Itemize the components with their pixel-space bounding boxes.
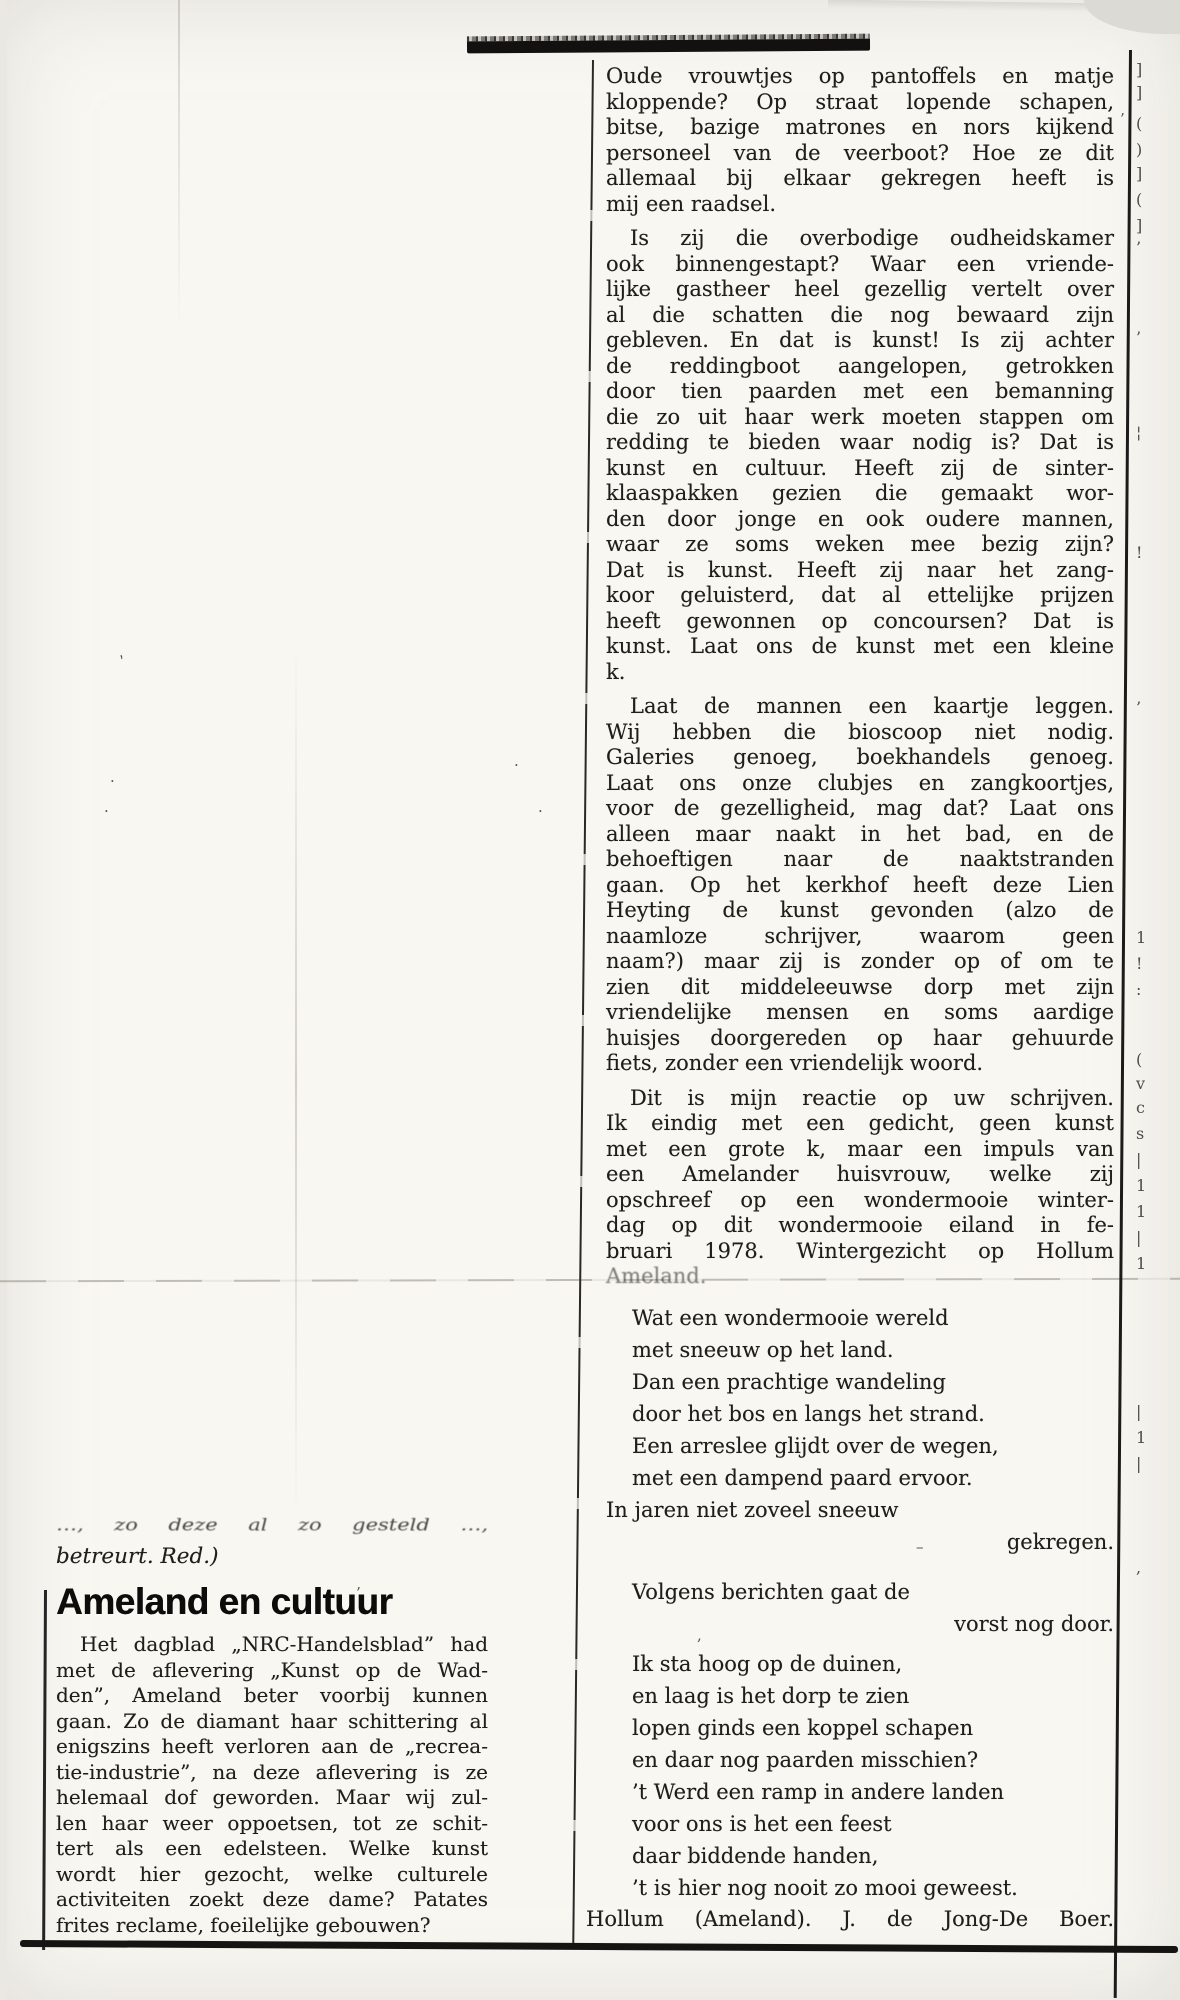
scan-speck: ‚: [112, 646, 125, 660]
text-line: heeft gewonnen op concoursen? Dat is: [606, 609, 1114, 635]
poem-line: Ik sta hoog op de duinen,: [606, 1648, 1114, 1680]
poem-line: voor ons is het een feest: [606, 1808, 1114, 1840]
scan-speck: ·: [110, 774, 115, 788]
scan-speck: .: [538, 800, 543, 814]
text-line: allemaal bij elkaar gekregen heeft is: [606, 166, 1114, 192]
text-line: frites reclame, foeilelijke gebouwen?: [56, 1913, 488, 1939]
scanned-newspaper-clipping: …, zo deze al zo gesteld …, betreurt. Re…: [0, 0, 1180, 2000]
text-line: kunst en cultuur. Heeft zij de sinter-: [606, 456, 1114, 482]
text-line: wordt hier gezocht, welke culturele: [56, 1862, 488, 1888]
cutoff-glyph-fragment: ’: [1136, 330, 1141, 346]
poem: Wat een wondermooie wereld met sneeuw op…: [606, 1302, 1114, 1904]
poem-line: Wat een wondermooie wereld: [606, 1302, 1114, 1334]
text-line: lijke gastheer heel gezellig vertelt ove…: [606, 277, 1114, 303]
text-line: opschreef op een wondermooie winter-: [606, 1188, 1114, 1214]
cutoff-glyph-fragment: ’: [1136, 240, 1141, 256]
text-line: Is zij die overbodige oudheidskamer: [606, 226, 1114, 252]
cutoff-glyph-fragment: 1: [1136, 1430, 1146, 1446]
text-line: redding te bieden waar nodig is? Dat is: [606, 430, 1114, 456]
poem-line: met een dampend paard ervoor.: [606, 1462, 1114, 1494]
cutoff-text-fragment: …, zo deze al zo gesteld …,: [56, 1514, 488, 1535]
text-line: ook binnengestapt? Waar een vriende-: [606, 252, 1114, 278]
poem-line: Volgens berichten gaat de: [606, 1576, 1114, 1608]
cutoff-glyph-fragment: |: [1136, 1230, 1141, 1246]
text-line: Het dagblad „NRC-Handelsblad” had: [56, 1632, 488, 1658]
poem-line: Dan een prachtige wandeling: [606, 1366, 1114, 1398]
text-line: voor de gezelligheid, mag dat? Laat ons: [606, 796, 1114, 822]
text-line: len haar weer oppoetsen, tot ze schit-: [56, 1811, 488, 1837]
scan-speck: ’: [1120, 112, 1125, 126]
text-line: Ik eindig met een gedicht, geen kunst: [606, 1111, 1114, 1137]
text-line: Laat ons onze clubjes en zangkoortjes,: [606, 771, 1114, 797]
poem-line: ’t is hier nog nooit zo mooi geweest.: [606, 1872, 1114, 1904]
cutoff-glyph-fragment: 1: [1136, 1204, 1146, 1220]
cutoff-glyph-fragment: ]: [1136, 166, 1142, 182]
cutoff-glyph-fragment: !: [1136, 956, 1142, 972]
right-edge-rule: [1114, 50, 1132, 1998]
cutoff-glyph-fragment: !: [1136, 545, 1142, 561]
signature-line: Hollum (Ameland). J. de Jong-De Boer.: [586, 1906, 1114, 1932]
cutoff-glyph-fragment: ]: [1136, 62, 1142, 78]
text-line: een Amelander huisvrouw, welke zij: [606, 1162, 1114, 1188]
text-line: Heyting de kunst gevonden (alzo de: [606, 898, 1114, 924]
text-line: Dat is kunst. Heeft zij naar het zang-: [606, 558, 1114, 584]
cutoff-glyph-fragment: ]: [1136, 85, 1142, 101]
text-line: Galeries genoeg, boekhandels genoeg.: [606, 745, 1114, 771]
poem-line: en laag is het dorp te zien: [606, 1680, 1114, 1712]
cutoff-glyph-fragment: :: [1136, 982, 1141, 998]
bottom-border-line: [20, 1940, 1178, 1953]
poem-line: lopen ginds een koppel schapen: [606, 1712, 1114, 1744]
poem-line: gekregen.: [606, 1526, 1114, 1558]
headline: Ameland en cultuur: [56, 1580, 488, 1624]
text-line: Dit is mijn reactie op uw schrijven.: [606, 1086, 1114, 1112]
vertical-fold-crease-middle: [295, 640, 297, 1520]
text-line: Wij hebben die bioscoop niet nodig.: [606, 720, 1114, 746]
cutoff-glyph-fragment: |: [1136, 1404, 1141, 1420]
poem-line: In jaren niet zoveel sneeuw: [606, 1494, 1114, 1526]
cutoff-glyph-fragment: ]: [1136, 218, 1142, 234]
column-top-bar: [467, 34, 870, 54]
cutoff-glyph-fragment: (: [1136, 116, 1142, 132]
vertical-fold-crease-top: [178, 0, 180, 330]
text-line: activiteiten zoekt deze dame? Patates: [56, 1887, 488, 1913]
left-column: …, zo deze al zo gesteld …, betreurt. Re…: [56, 1514, 488, 1947]
text-line: tie-industrie”, na deze aflevering is ze: [56, 1760, 488, 1786]
text-line: mij een raadsel.: [606, 192, 1114, 218]
poem-line: en daar nog paarden misschien?: [606, 1744, 1114, 1776]
text-line: alleen maar naakt in het bad, en de: [606, 822, 1114, 848]
text-line: de reddingboot aangelopen, getrokken: [606, 354, 1114, 380]
text-line: waar ze soms weken mee bezig zijn?: [606, 532, 1114, 558]
column-divider-rule: [572, 60, 594, 1944]
poem-line: door het bos en langs het strand.: [606, 1398, 1114, 1430]
paper-corner-top-right: [1084, 0, 1180, 34]
text-line: kunst. Laat ons de kunst met een kleine: [606, 634, 1114, 660]
text-line: vriendelijke mensen en soms aardige: [606, 1000, 1114, 1026]
text-line: gaan. Zo de diamant haar schittering al: [56, 1709, 488, 1735]
text-line: behoeftigen naar de naaktstranden: [606, 847, 1114, 873]
text-line: Ameland.: [606, 1264, 1114, 1290]
text-line: kloppende? Op straat lopende schapen,: [606, 90, 1114, 116]
cutoff-glyph-fragment: v: [1136, 1076, 1145, 1092]
right-column-body: Oude vrouwtjes op pantoffels en matje kl…: [606, 64, 1114, 1290]
text-line: Oude vrouwtjes op pantoffels en matje: [606, 64, 1114, 90]
cutoff-glyph-fragment: |: [1136, 1456, 1141, 1472]
text-line: enigszins heeft verloren aan de „recrea-: [56, 1734, 488, 1760]
top-bar-solid: [467, 39, 870, 54]
cutoff-glyph-fragment: (: [1136, 1052, 1142, 1068]
text-line: den”, Ameland beter voorbij kunnen: [56, 1683, 488, 1709]
cutoff-glyph-fragment: 1: [1136, 1178, 1146, 1194]
cutoff-glyph-fragment: s: [1136, 1126, 1144, 1142]
cutoff-glyph-fragment: ): [1136, 142, 1142, 158]
left-column-rule: [42, 1590, 46, 1950]
cutoff-glyph-fragment: |: [1136, 1152, 1141, 1168]
text-line: gebleven. En dat is kunst! Is zij achter: [606, 328, 1114, 354]
scan-speck: ·: [514, 758, 519, 772]
poem-line: ’t Werd een ramp in andere landen: [606, 1776, 1114, 1808]
right-column: Oude vrouwtjes op pantoffels en matje kl…: [606, 64, 1114, 1932]
scan-speck: .: [104, 800, 109, 814]
cutoff-glyph-fragment: (: [1136, 192, 1142, 208]
text-line: door tien paarden met een bemanning: [606, 379, 1114, 405]
poem-line: met sneeuw op het land.: [606, 1334, 1114, 1366]
cutoff-glyph-fragment: 1: [1136, 930, 1146, 946]
scan-speck: ,: [697, 1628, 702, 1642]
text-line: al die schatten die nog bewaard zijn: [606, 303, 1114, 329]
text-line: naamloze schrijver, waarom geen: [606, 924, 1114, 950]
cutoff-glyph-fragment: ,: [1136, 1560, 1141, 1576]
editorial-note: betreurt. Red.): [56, 1544, 488, 1570]
text-line: klaaspakken gezien die gemaakt wor-: [606, 481, 1114, 507]
cutoff-glyph-fragment: c: [1136, 1100, 1145, 1116]
text-line: gaan. Op het kerkhof heeft deze Lien: [606, 873, 1114, 899]
text-line: koor geluisterd, dat al ettelijke prijze…: [606, 583, 1114, 609]
left-column-body: Het dagblad „NRC-Handelsblad” had met de…: [56, 1632, 488, 1938]
cutoff-glyph-fragment: ’: [1136, 700, 1141, 716]
text-line: helemaal dof geworden. Maar wij zul-: [56, 1785, 488, 1811]
text-line: die zo uit haar werk moeten stappen om: [606, 405, 1114, 431]
text-line: bruari 1978. Wintergezicht op Hollum: [606, 1239, 1114, 1265]
text-line: Laat de mannen een kaartje leggen.: [606, 694, 1114, 720]
text-line: k.: [606, 660, 1114, 686]
text-line: met de aflevering „Kunst op de Wad-: [56, 1658, 488, 1684]
scan-speck: –: [916, 1540, 924, 1554]
cutoff-glyph-fragment: 1: [1136, 1256, 1146, 1272]
text-line: tert als een edelsteen. Welke kunst: [56, 1836, 488, 1862]
text-line: dag op dit wondermooie eiland in fe-: [606, 1213, 1114, 1239]
scan-speck: ’: [356, 1586, 361, 1600]
text-line: den door jonge en ook oudere mannen,: [606, 507, 1114, 533]
poem-line: Een arreslee glijdt over de wegen,: [606, 1430, 1114, 1462]
paper-left-edge: [0, 0, 7, 2000]
poem-line: daar biddende handen,: [606, 1840, 1114, 1872]
cutoff-glyph-fragment: ¦: [1136, 425, 1141, 441]
text-line: bitse, bazige matrones en nors kijkend: [606, 115, 1114, 141]
text-line: personeel van de veerboot? Hoe ze dit: [606, 141, 1114, 167]
text-line: zien dit middeleeuwse dorp met zijn: [606, 975, 1114, 1001]
text-line: naam?) maar zij is zonder op of om te: [606, 949, 1114, 975]
text-line: met een grote k, maar een impuls van: [606, 1137, 1114, 1163]
poem-line: vorst nog door.: [606, 1608, 1114, 1640]
text-line: fiets, zonder een vriendelijk woord.: [606, 1051, 1114, 1077]
text-line: huisjes doorgereden op haar gehuurde: [606, 1026, 1114, 1052]
